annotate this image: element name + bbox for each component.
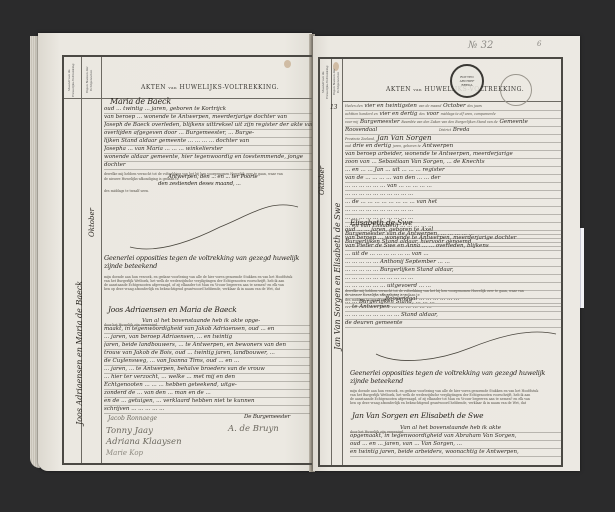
- written-text: Antwerpen: [423, 143, 454, 149]
- signature: Jacob Ronnaege: [108, 415, 157, 422]
- printed-text: Provincie Zeeland,: [345, 137, 375, 141]
- proclamation-date: den zestienden deses maand, ...: [158, 181, 241, 187]
- text-line: opgemaakt, in tegenwoordigheid van Abrah…: [350, 433, 562, 441]
- print-line: hen op deze vraag afzonderlijk en bekrac…: [104, 287, 310, 291]
- page-number-pencil-extra: 6: [537, 40, 541, 48]
- header-divider: [342, 101, 561, 102]
- written-text: vier en dertig: [380, 111, 418, 117]
- title-word: AKTEN: [141, 84, 166, 91]
- text-line: Van al het bovenstaande heb ik akte: [350, 425, 562, 433]
- text-line: Roosendaal ... ... ... ... ... ...: [345, 296, 563, 304]
- header-line: oud drie en dertig jaren, geboren te Ant…: [345, 143, 563, 151]
- header-line: Heden den vier en twintigsten van de maa…: [345, 103, 563, 111]
- groom-name: Jan Van Sorgen: [377, 135, 432, 142]
- bride-name: Maria de Baeck: [110, 97, 171, 106]
- text-line: Echtgenooten ... ... ... hebben geteeken…: [104, 382, 310, 390]
- text-line: ... ... ... ... ... ... ... ... Stand al…: [345, 312, 563, 320]
- text-line: ... ... ... ... ... ... van ... ... ... …: [345, 183, 563, 191]
- written-text: voor: [427, 111, 439, 117]
- printed-text: achttien honderd en: [345, 112, 378, 116]
- names-column: [81, 57, 102, 463]
- bookmark-strip: [580, 228, 584, 308]
- archive-stamp: ROTTEN ARCHIEF BREDA: [450, 64, 484, 98]
- signature: Adriana Klaaysen: [106, 437, 182, 447]
- text-line: oud ... en ... jaren, van ... Van Sorgen…: [350, 441, 562, 449]
- printed-text: voor mij: [345, 120, 358, 124]
- header-line: Roosendaal District Breda: [345, 127, 563, 135]
- printed-text: District: [439, 128, 451, 132]
- text-line: ... ... ... ... ... ... ... ... ... ...: [345, 191, 563, 199]
- page-number-pencil: № 32: [468, 40, 493, 51]
- flourish-line: [370, 322, 560, 372]
- text-line: van beroep ... wonende te Antwerpen, mee…: [345, 235, 563, 243]
- text-line: ... hier ter verzocht, ... welke ... met…: [104, 374, 310, 382]
- signature: Marie Kop: [106, 449, 143, 457]
- written-text: vier en twintigsten: [364, 103, 417, 109]
- flourish-line: [120, 195, 300, 255]
- text-line: ... te Antwerpen ... ... ... ... ... ...: [345, 304, 563, 312]
- couple-names: Jan Van Sorgen en Elisabeth de Swe: [352, 411, 483, 420]
- text-line: ... ... ... ... ... ... ... ... ... ...: [345, 207, 563, 215]
- text-line: ... ... ... ... ... ... ... ... ... ...: [345, 275, 563, 283]
- written-text: Roosendaal: [345, 127, 377, 133]
- written-text: drie en dertig: [353, 143, 391, 149]
- text-line: van beroep arbeider, wonende te Antwerpe…: [345, 151, 563, 159]
- text-line: ... ... ... ... ... Burgerlijken Stand a…: [345, 267, 563, 275]
- text-line: lijken Stand aldaar gemeente ... ... ...…: [104, 138, 312, 146]
- text-line: de Cuylensweg, ... van Joanna Tims, oud …: [104, 358, 310, 366]
- text-line: van de ... ... ... ... van den ... ... d…: [345, 175, 563, 183]
- column-header-names: Eigen Namen der Echtgenooten: [332, 65, 341, 99]
- mayor-signature: A. de Bruyn: [228, 424, 279, 434]
- no-opposition-statement: Geenerlei opposities tegen de voltrekkin…: [350, 369, 562, 385]
- couple-names: Joos Adriaensen en Maria de Baeck: [108, 305, 237, 314]
- register-book: № 32 6 Maand van de Huwelijks-Voltrekkin…: [0, 0, 615, 512]
- text-line: overlijden afgegeven door ... Burgemeest…: [104, 130, 312, 138]
- text-line: Josepha ... van Maria ... ... ... winkel…: [104, 146, 312, 154]
- legal-print-block: mijn doende aan hun verzoek, en gedane v…: [350, 389, 562, 405]
- signature: Tonny Jaay: [106, 426, 153, 436]
- written-text: Breda: [453, 127, 470, 133]
- title-word: AKTEN: [386, 86, 411, 93]
- header-divider: [64, 98, 312, 99]
- text-line: ... ... ... ... ... Anthonij September .…: [345, 259, 563, 267]
- margin-month: Oktober: [318, 155, 326, 195]
- written-text: Burgemeester: [360, 119, 400, 125]
- text-line: trouw van Jakob de Bois, oud ... twintig…: [104, 350, 310, 358]
- printed-text: des jaars: [467, 104, 482, 108]
- mayor-label: De Burgemeester: [244, 414, 290, 420]
- text-line: van beroep ... wonende te Antwerpen, mee…: [104, 114, 312, 122]
- printed-text: van de maand: [419, 104, 442, 108]
- bride-name: Elisabeth de Swe: [350, 218, 412, 227]
- text-line: wonende aldaar gemeente, hier tegenwoord…: [104, 154, 312, 162]
- column-header-names: Eigen Namen der Echtgenooten: [85, 63, 97, 97]
- written-text: October: [443, 103, 466, 109]
- margin-couple-names: Joos Adriaensen en Maria de Baeck: [75, 285, 84, 425]
- text-line: ... jaren, van beroep Adriaensen, ... en…: [104, 334, 310, 342]
- closing-text: Van al het bovenstaande heb ik akte opge…: [104, 318, 310, 414]
- no-opposition-statement: Geenerlei opposities tegen de voltrekkin…: [104, 254, 310, 270]
- printed-text: des: [419, 112, 425, 116]
- printed-text: Beambte van den Zaken van den Burgerlijk…: [401, 120, 497, 124]
- column-header-month: Maand van de Huwelijks-Voltrekking: [321, 65, 330, 99]
- text-line: oud ... twintig ... jaren, geboren te Ko…: [104, 106, 312, 114]
- printed-text: Heden den: [345, 104, 363, 108]
- text-line: ... de ... ... ... ... ... ... ... ... v…: [345, 199, 563, 207]
- text-line: van Pieter de Swe en Anna ... ... overle…: [345, 243, 563, 251]
- text-line: ... uit de ... ... ... ... ... ... van .…: [345, 251, 563, 259]
- text-line: zoon van ... Sebastiaan Van Sorgen, ... …: [345, 159, 563, 167]
- proclamation-place: Antwerpen, den ... en ... ter Poorte: [168, 174, 258, 180]
- text-line: Van al het bovenstaande heb ik akte opge…: [104, 318, 310, 326]
- text-line: oud ... ... jaren, geboren te Axel: [345, 227, 563, 235]
- text-line: en de ... getuigen, ... verklaard hebben…: [104, 398, 310, 406]
- written-text: Gemeente: [499, 119, 527, 125]
- margin-month: Oktober: [88, 197, 96, 237]
- printed-text: oud: [345, 144, 351, 148]
- text-line: ... jaren, ... te Antwerpen, behalve bro…: [104, 366, 310, 374]
- text-line: zonderd de ... van den ... man en de ...: [104, 390, 310, 398]
- text-line: ... en ... ... Jan ... uit ... ... ... r…: [345, 167, 563, 175]
- column-header-month: Maand van de Huwelijks-Voltrekking: [67, 63, 77, 97]
- text-line: en twintig jaren, beide arbeiders, woona…: [350, 449, 562, 457]
- printed-text: middags te elf uren, compareerde: [441, 112, 496, 116]
- text-line: maakt, in tegenwoordigheid van Jakob Adr…: [104, 326, 310, 334]
- legal-print-block: mijn doende aan hun verzoek, en gedane v…: [104, 275, 310, 291]
- page-title: AKTEN van HUWELIJKS-VOLTREKKING.: [141, 84, 279, 91]
- proclamation-print-3: des middags te twaalf uren.: [104, 189, 149, 193]
- stamp-text: ROTTEN ARCHIEF BREDA: [460, 75, 475, 87]
- entry-header: Heden den vier en twintigsten van de maa…: [345, 103, 563, 151]
- faint-seal-stamp: [500, 74, 532, 106]
- print-line: hen op deze vraag afzonderlijk en bekrac…: [350, 401, 562, 405]
- text-line: Joseph de Baeck overleden, blijkens uitt…: [104, 122, 312, 130]
- closing-text: Van al het bovenstaande heb ik akte opge…: [350, 425, 562, 457]
- title-word-rest: HUWELIJKS-VOLTREKKING.: [180, 84, 280, 91]
- margin-couple-names: Jan Van Sorgen en Elisabeth de Swe: [333, 190, 342, 350]
- header-line: voor mij Burgemeester Beambte van den Za…: [345, 119, 563, 127]
- stamp-line: BREDA: [460, 83, 475, 87]
- header-line: achttien honderd en vier en dertig des v…: [345, 111, 563, 119]
- title-word-mid: van: [168, 85, 177, 90]
- text-line: schrijven ... ... ... ... ...: [104, 406, 310, 414]
- text-line: dochter: [104, 162, 312, 170]
- title-word-mid: van: [413, 87, 422, 92]
- bride-details: oud ... twintig ... jaren, geboren te Ko…: [104, 106, 312, 170]
- printed-text: jaren, geboren te: [393, 144, 421, 148]
- entry-number: 13: [330, 104, 337, 111]
- text-line: jaren, beide landbouwers, ... te Antwerp…: [104, 342, 310, 350]
- header-line: Provincie Zeeland, Jan Van Sorgen: [345, 135, 563, 143]
